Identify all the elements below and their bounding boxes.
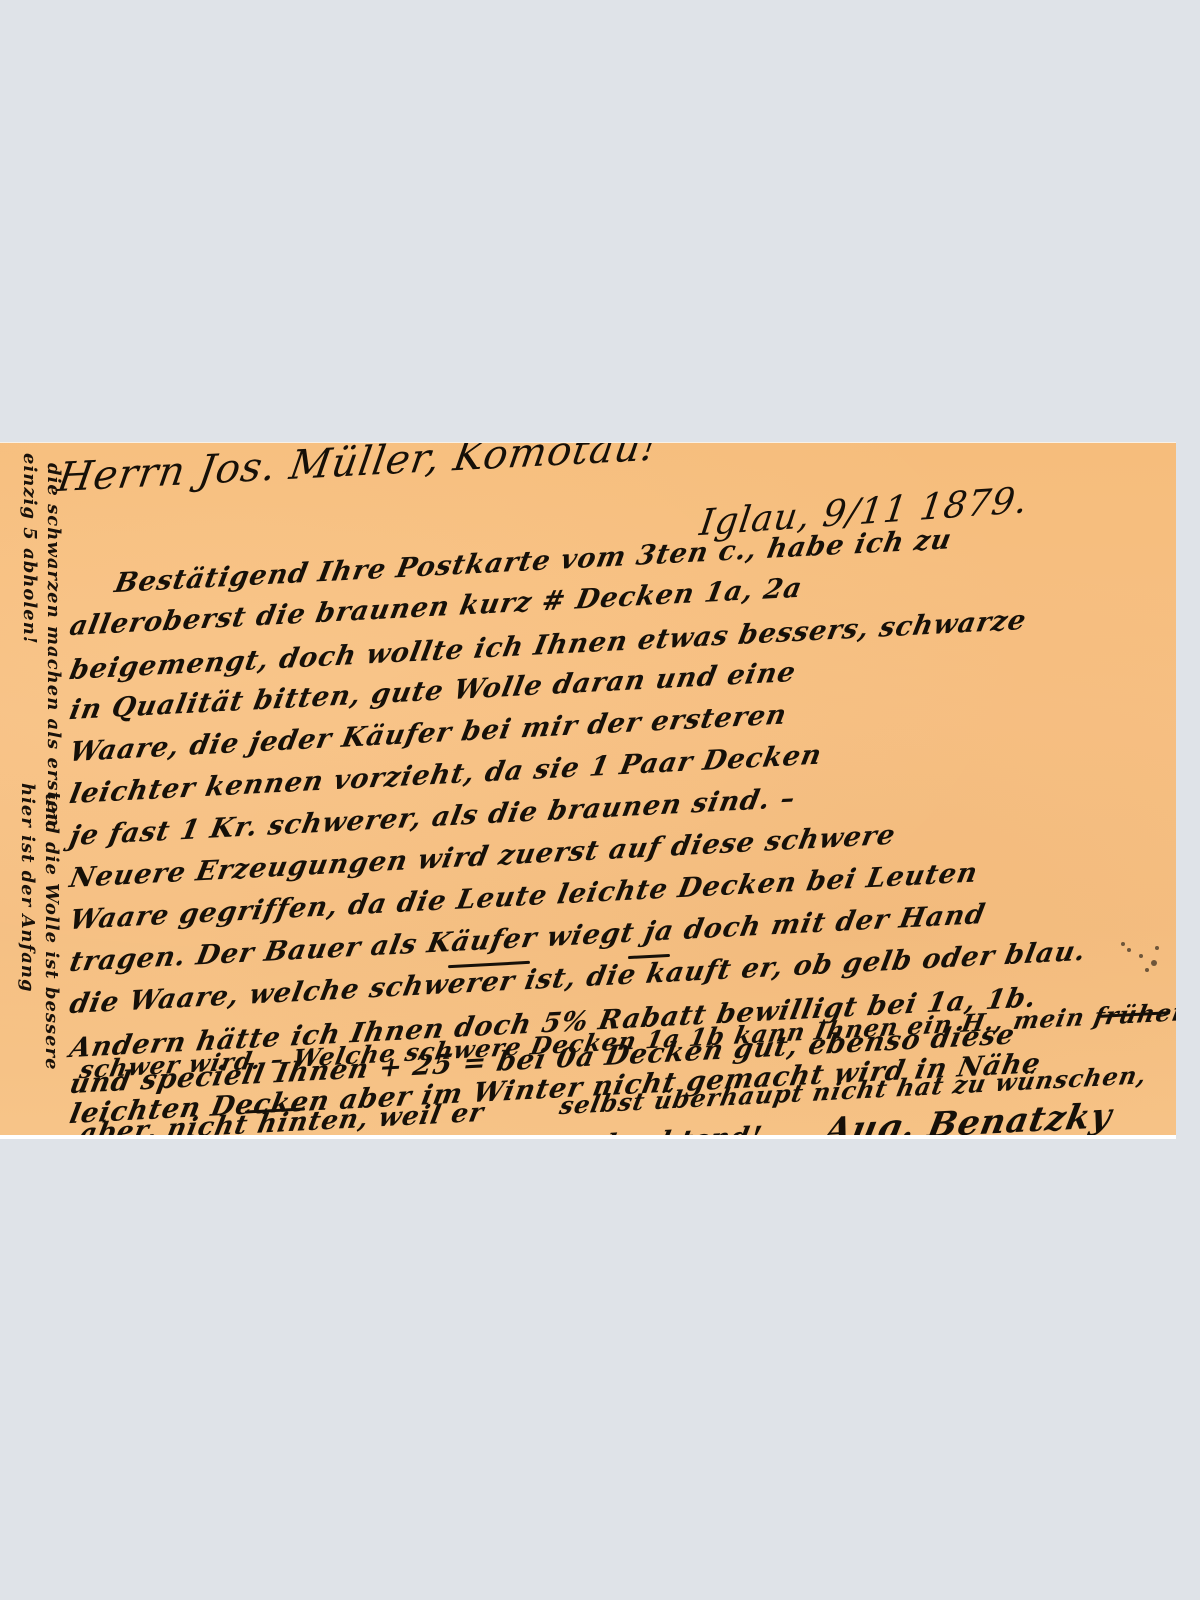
closing: Hochachtend! xyxy=(542,1121,765,1135)
margin-note: einzig 5 abholen! xyxy=(19,453,40,645)
address-line: Herrn Jos. Müller, Komotau! xyxy=(54,443,662,501)
card-bottom-edge xyxy=(0,1135,1176,1139)
margin-note: hier ist der Anfang xyxy=(17,783,38,993)
margin-note: die schwarzen machen als ersten xyxy=(43,463,64,827)
postcard: Herrn Jos. Müller, Komotau! Iglau, 9/11 … xyxy=(0,443,1176,1135)
postmark-smudge xyxy=(1115,938,1165,978)
margin-note: und die Wolle ist bessere xyxy=(41,793,62,1071)
